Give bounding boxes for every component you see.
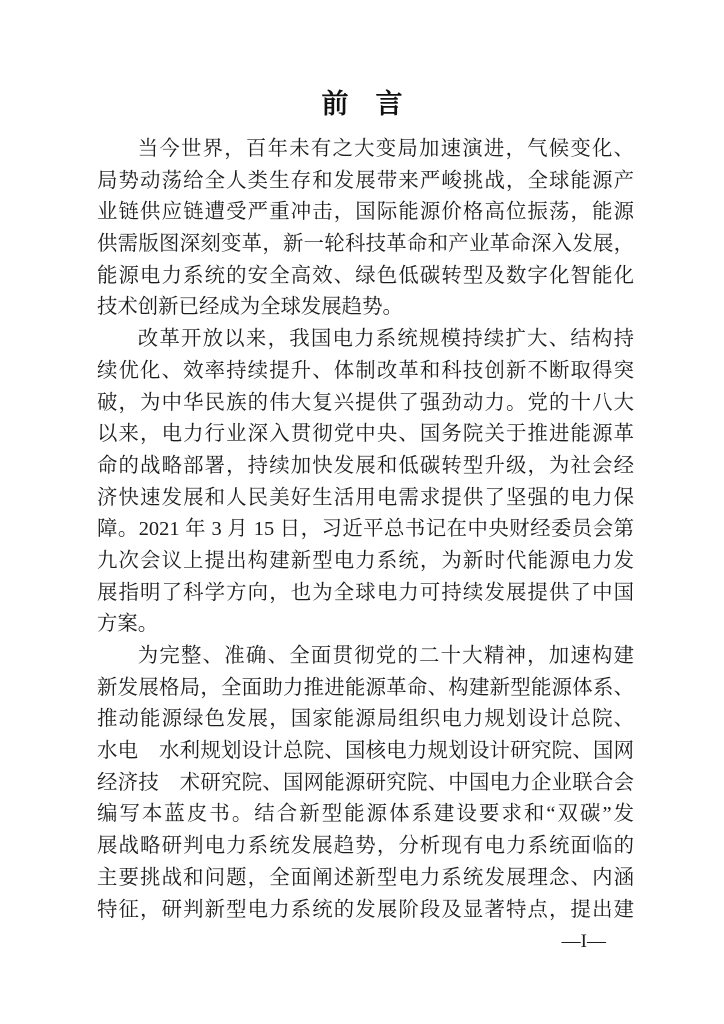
text-line: 经济技 术研究院、国网能源研究院、中国电力企业联合会 [97, 768, 634, 800]
text-line: 编写本蓝皮书。结合新型能源体系建设要求和“双碳”发 [97, 799, 634, 831]
paragraph-3: 为完整、准确、全面贯彻党的二十大精神，加速构建 新发展格局，全面助力推进能源革命… [97, 641, 634, 926]
text-line: 障。2021 年 3 月 15 日，习近平总书记在中央财经委员会第 [97, 514, 634, 546]
paragraph-2: 改革开放以来，我国电力系统规模持续扩大、结构持 续优化、效率持续提升、体制改革和… [97, 324, 634, 641]
text-line: 展战略研判电力系统发展趋势，分析现有电力系统面临的 [97, 831, 634, 863]
text-line: 特征，研判新型电力系统的发展阶段及显著特点，提出建 [97, 895, 634, 927]
text-line: 当今世界，百年未有之大变局加速演进，气候变化、 [97, 134, 634, 166]
document-body: 当今世界，百年未有之大变局加速演进，气候变化、 局势动荡给全人类生存和发展带来严… [97, 134, 634, 958]
text-line: 技术创新已经成为全球发展趋势。 [97, 292, 634, 324]
text-line: 水电 水利规划设计总院、国核电力规划设计研究院、国网 [97, 736, 634, 768]
text-line: 济快速发展和人民美好生活用电需求提供了坚强的电力保 [97, 483, 634, 515]
text-line: 新发展格局，全面助力推进能源革命、构建新型能源体系、 [97, 673, 634, 705]
page-title: 前 言 [0, 88, 724, 120]
paragraph-1: 当今世界，百年未有之大变局加速演进，气候变化、 局势动荡给全人类生存和发展带来严… [97, 134, 634, 324]
text-line: 以来，电力行业深入贯彻党中央、国务院关于推进能源革 [97, 419, 634, 451]
text-line: 九次会议上提出构建新型电力系统，为新时代能源电力发 [97, 546, 634, 578]
text-line: 推动能源绿色发展，国家能源局组织电力规划设计总院、 [97, 704, 634, 736]
text-line: 方案。 [97, 609, 634, 641]
text-line: 改革开放以来，我国电力系统规模持续扩大、结构持 [97, 324, 634, 356]
text-line: 业链供应链遭受严重冲击，国际能源价格高位振荡，能源 [97, 197, 634, 229]
text-line: 破，为中华民族的伟大复兴提供了强劲动力。党的十八大 [97, 388, 634, 420]
text-line: 能源电力系统的安全高效、绿色低碳转型及数字化智能化 [97, 261, 634, 293]
text-line: 命的战略部署，持续加快发展和低碳转型升级，为社会经 [97, 451, 634, 483]
page-number: —I— [97, 926, 634, 958]
text-line: 供需版图深刻变革，新一轮科技革命和产业革命深入发展， [97, 229, 634, 261]
text-line: 为完整、准确、全面贯彻党的二十大精神，加速构建 [97, 641, 634, 673]
text-line: 续优化、效率持续提升、体制改革和科技创新不断取得突 [97, 356, 634, 388]
text-line: 局势动荡给全人类生存和发展带来严峻挑战，全球能源产 [97, 166, 634, 198]
text-line: 主要挑战和问题，全面阐述新型电力系统发展理念、内涵 [97, 863, 634, 895]
document-page: 前 言 当今世界，百年未有之大变局加速演进，气候变化、 局势动荡给全人类生存和发… [0, 0, 724, 1024]
text-line: 展指明了科学方向，也为全球电力可持续发展提供了中国 [97, 578, 634, 610]
